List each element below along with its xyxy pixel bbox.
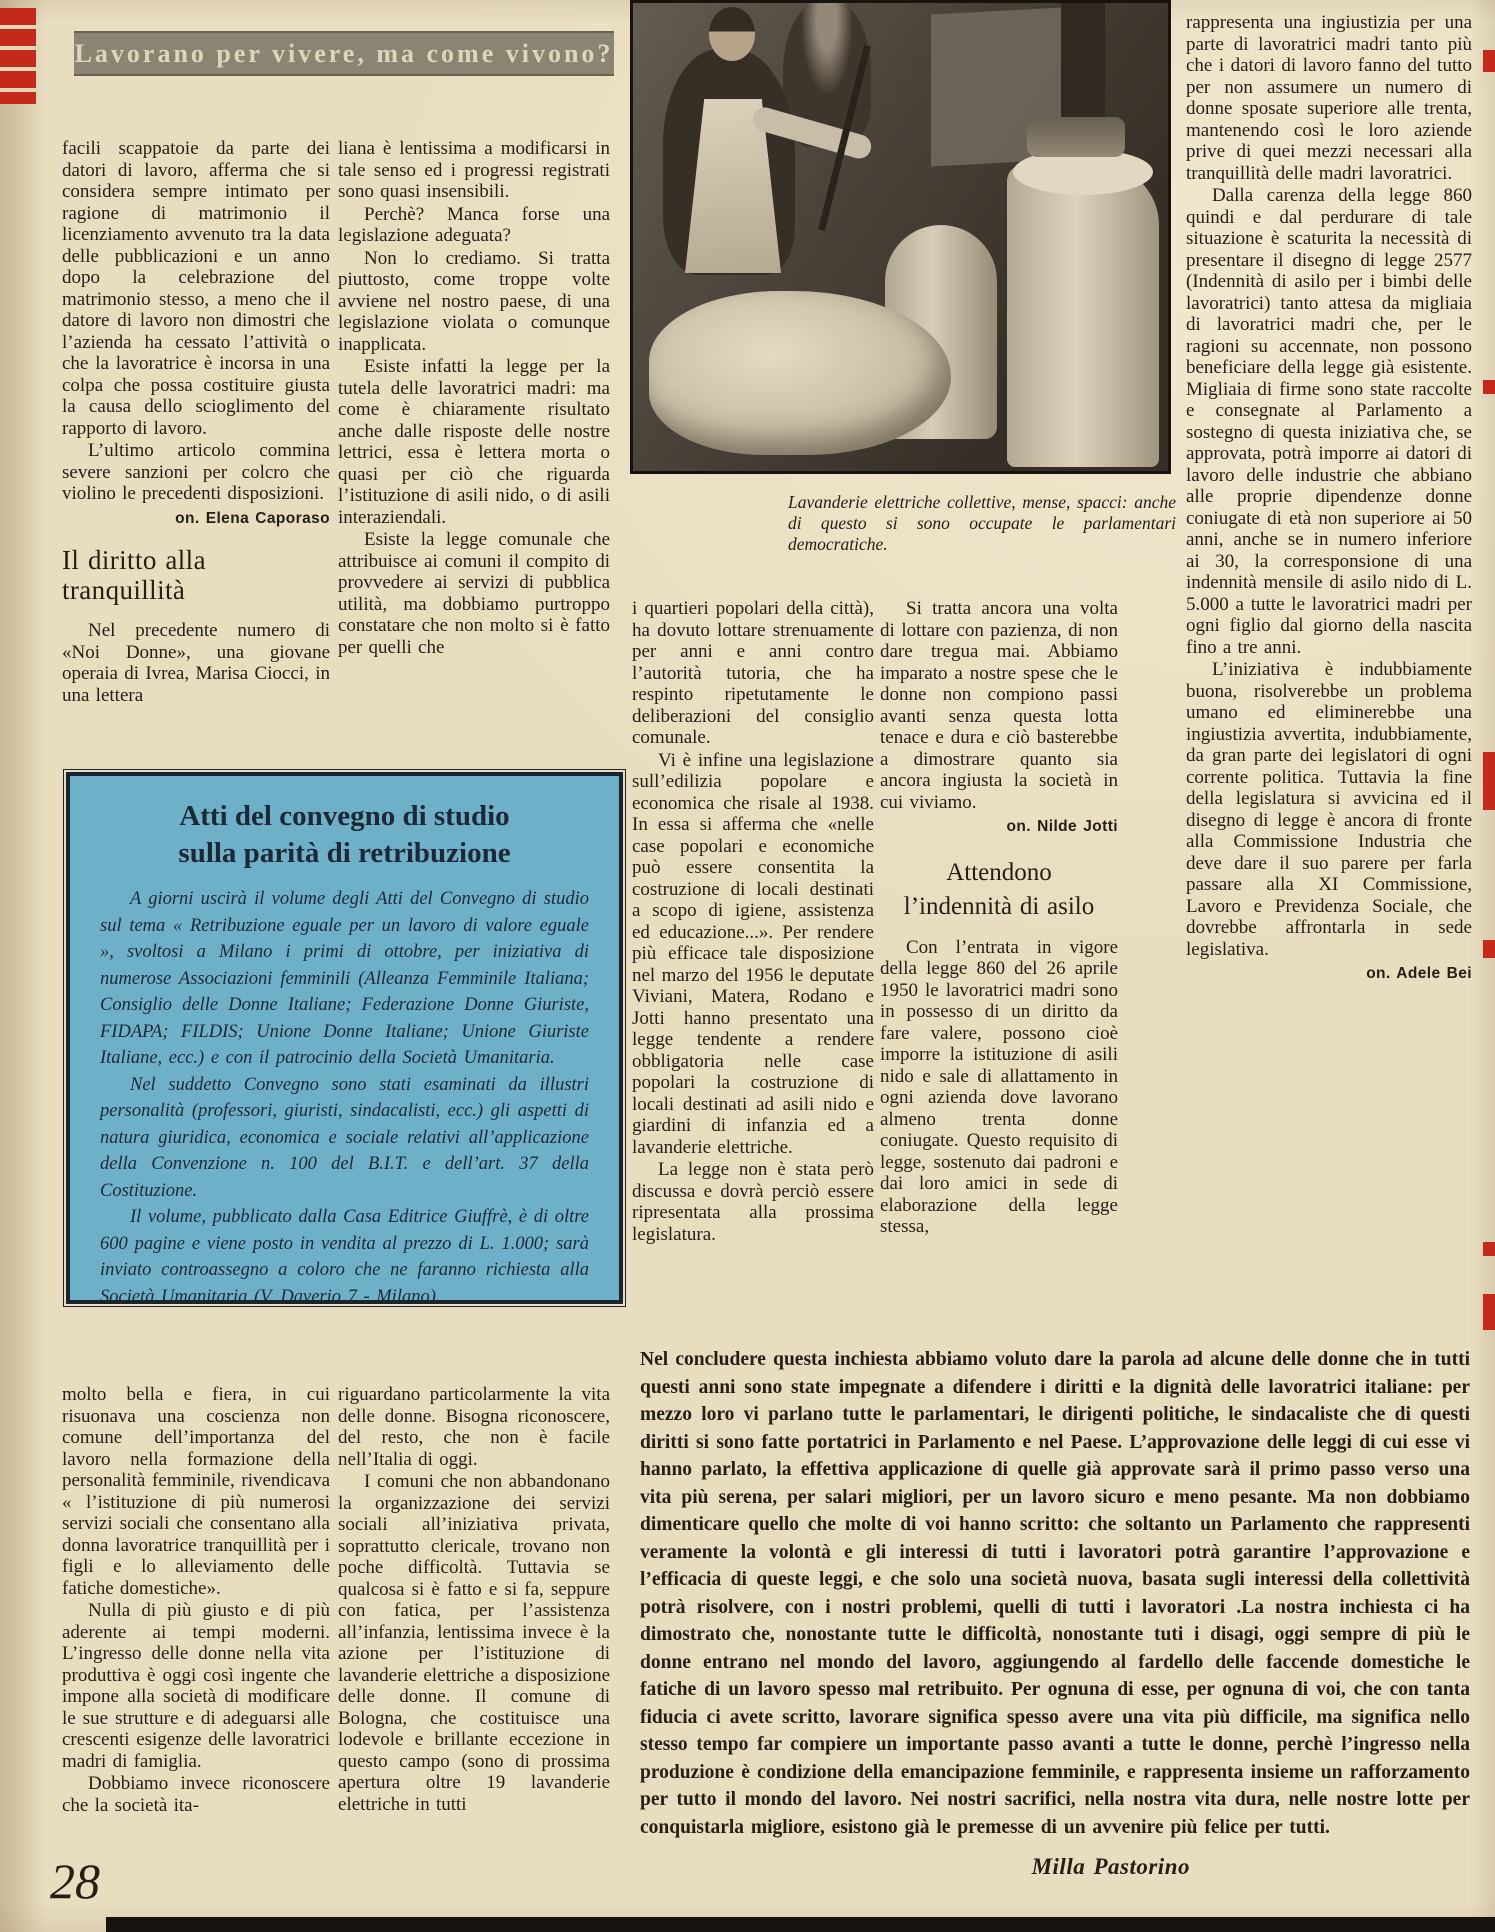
conclusion-text: Nel concludere questa inchiesta abbiamo …: [640, 1346, 1470, 1841]
paragraph: facili scappatoie da parte dei datori di…: [62, 138, 330, 439]
paragraph: Perchè? Manca forse una legislazione ade…: [338, 204, 610, 247]
paragraph: Nel precedente numero di «Noi Donne», un…: [62, 620, 330, 706]
photo-tone-overlay: [633, 3, 1168, 471]
magazine-page: Lavorano per vivere, ma come vivono? Lav…: [0, 0, 1495, 1932]
signature-bei: on. Adele Bei: [1186, 963, 1472, 985]
paragraph: Esiste infatti la legge per la tutela de…: [338, 356, 610, 528]
edge-mark: [1483, 1242, 1495, 1256]
corner-registration-mark: [0, 8, 36, 104]
paragraph: riguardano particolarmente la vita delle…: [338, 1384, 610, 1470]
bottom-column-1: molto bella e fiera, in cui risuonava un…: [62, 1384, 330, 1816]
paragraph: I comuni che non abbandonano la organizz…: [338, 1471, 610, 1815]
box-body: A giorni uscirà il volume degli Atti del…: [100, 886, 589, 1304]
paragraph: Si tratta ancora una volta di lottare co…: [880, 598, 1118, 813]
edge-mark: [1483, 752, 1495, 810]
paragraph: Il volume, pubblicato dalla Casa Editric…: [100, 1204, 589, 1304]
section-heading-indennita-asilo: Attendono l’indennità di asilo: [880, 856, 1118, 924]
paragraph: i quartieri popolari della città), ha do…: [632, 598, 874, 749]
paragraph: L’ultimo articolo commina severe sanzion…: [62, 440, 330, 505]
paragraph: Con l’entrata in vigore della legge 860 …: [880, 937, 1118, 1238]
paragraph: Dalla carenza della legge 860 quindi e d…: [1186, 185, 1472, 658]
paragraph: Dobbiamo invece riconoscere che la socie…: [62, 1773, 330, 1816]
edge-mark: [1483, 1294, 1495, 1330]
paragraph: Esiste la legge comunale che attribuisce…: [338, 529, 610, 658]
box-title: Atti del convegno di studio sulla parità…: [100, 798, 589, 872]
paragraph: molto bella e fiera, in cui risuonava un…: [62, 1384, 330, 1599]
signature-jotti: on. Nilde Jotti: [880, 816, 1118, 838]
article-header-title: Lavorano per vivere, ma come vivono?: [75, 39, 614, 69]
paragraph: Non lo crediamo. Si tratta piuttosto, co…: [338, 248, 610, 356]
column-5: rappresenta una ingiustizia per una part…: [1186, 12, 1472, 993]
article-header-band: Lavorano per vivere, ma come vivono?: [74, 31, 614, 76]
edge-mark: [1483, 50, 1495, 72]
paragraph: Nel suddetto Convegno sono stati esamina…: [100, 1072, 589, 1205]
bottom-column-2: riguardano particolarmente la vita delle…: [338, 1384, 610, 1815]
page-number: 28: [50, 1852, 100, 1910]
signature-caporaso: on. Elena Caporaso: [62, 508, 330, 530]
heading-line2: l’indennità di asilo: [880, 890, 1118, 924]
edge-mark: [1483, 380, 1495, 394]
section-heading-diritto-tranquillita: Il diritto alla tranquillità: [62, 545, 330, 605]
conclusion-block: Nel concludere questa inchiesta abbiamo …: [640, 1346, 1470, 1881]
edge-mark: [1483, 940, 1495, 958]
paragraph: Nulla di più giusto e di più aderente ai…: [62, 1600, 330, 1772]
paragraph: liana è lentissima a modificarsi in tale…: [338, 138, 610, 203]
column-1: facili scappatoie da parte dei datori di…: [62, 138, 330, 706]
paragraph: rappresenta una ingiustizia per una part…: [1186, 12, 1472, 184]
paragraph: A giorni uscirà il volume degli Atti del…: [100, 886, 589, 1072]
heading-line1: Attendono: [880, 856, 1118, 890]
bottom-edge-bar: [106, 1917, 1495, 1932]
paragraph: La legge non è stata però discussa e dov…: [632, 1159, 874, 1245]
convegno-announcement-box: Atti del convegno di studio sulla parità…: [66, 772, 623, 1304]
box-title-line2: sulla parità di retribuzione: [100, 835, 589, 872]
column-4: Si tratta ancora una volta di lottare co…: [880, 598, 1118, 1238]
column-2: liana è lentissima a modificarsi in tale…: [338, 138, 610, 658]
paragraph: L’iniziativa è indubbiamente buona, riso…: [1186, 659, 1472, 960]
laundry-photo: [630, 0, 1171, 474]
signature-pastorino: Milla Pastorino: [640, 1853, 1470, 1881]
photo-caption: Lavanderie elettriche collettive, mense,…: [788, 492, 1176, 555]
paragraph: Vi è infine una legislazione sull’ediliz…: [632, 750, 874, 1159]
column-3: i quartieri popolari della città), ha do…: [632, 598, 874, 1245]
box-title-line1: Atti del convegno di studio: [100, 798, 589, 835]
